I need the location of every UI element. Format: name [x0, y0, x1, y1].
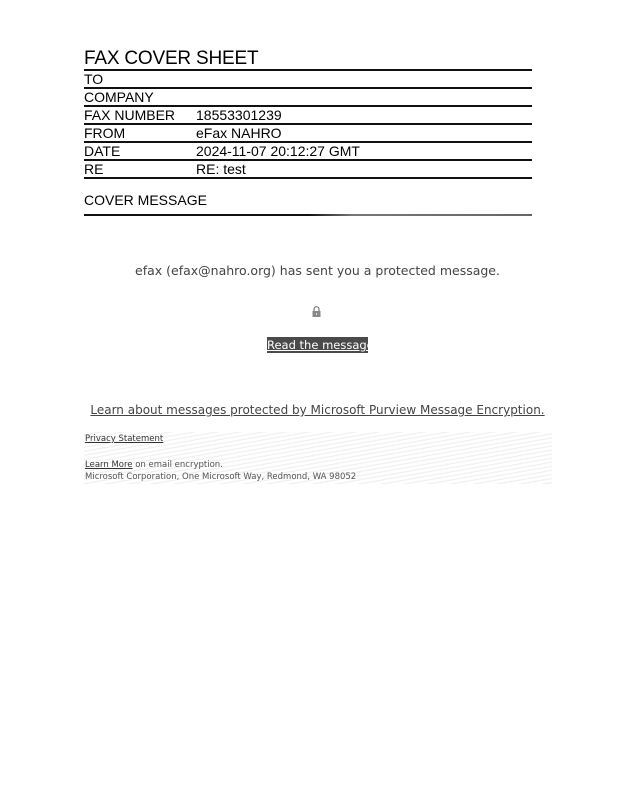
field-label: FAX NUMBER [84, 107, 196, 123]
page-title: FAX COVER SHEET [84, 48, 258, 70]
protected-message-notice: efax (efax@nahro.org) has sent you a pro… [0, 263, 635, 278]
field-label: RE [84, 161, 196, 177]
lock-icon [312, 306, 321, 317]
privacy-statement-link[interactable]: Privacy Statement [85, 434, 163, 444]
field-value: eFax NAHRO [196, 125, 532, 141]
field-label: COMPANY [84, 89, 196, 105]
divider [84, 214, 532, 216]
read-message-button[interactable]: Read the message [267, 337, 368, 353]
fax-page: FAX COVER SHEET TO COMPANY FAX NUMBER 18… [0, 0, 635, 802]
learn-about-encryption-link[interactable]: Learn about messages protected by Micros… [0, 403, 635, 417]
learn-more-link[interactable]: Learn More [85, 460, 133, 470]
field-label: TO [84, 71, 196, 87]
learn-more-line: Learn More on email encryption. [85, 460, 223, 470]
learn-more-suffix: on email encryption. [133, 460, 223, 470]
company-address: Microsoft Corporation, One Microsoft Way… [85, 472, 356, 482]
fax-fields-table: TO COMPANY FAX NUMBER 18553301239 FROM e… [84, 69, 532, 179]
field-row-fax-number: FAX NUMBER 18553301239 [84, 107, 532, 125]
field-row-re: RE RE: test [84, 161, 532, 179]
field-row-from: FROM eFax NAHRO [84, 125, 532, 143]
field-row-date: DATE 2024-11-07 20:12:27 GMT [84, 143, 532, 161]
field-value: RE: test [196, 161, 532, 177]
footer: Privacy Statement Learn More on email en… [84, 432, 552, 484]
cover-message-label: COVER MESSAGE [84, 192, 207, 208]
field-value: 2024-11-07 20:12:27 GMT [196, 143, 532, 159]
field-label: FROM [84, 125, 196, 141]
field-row-to: TO [84, 71, 532, 89]
field-label: DATE [84, 143, 196, 159]
field-value: 18553301239 [196, 107, 532, 123]
field-row-company: COMPANY [84, 89, 532, 107]
